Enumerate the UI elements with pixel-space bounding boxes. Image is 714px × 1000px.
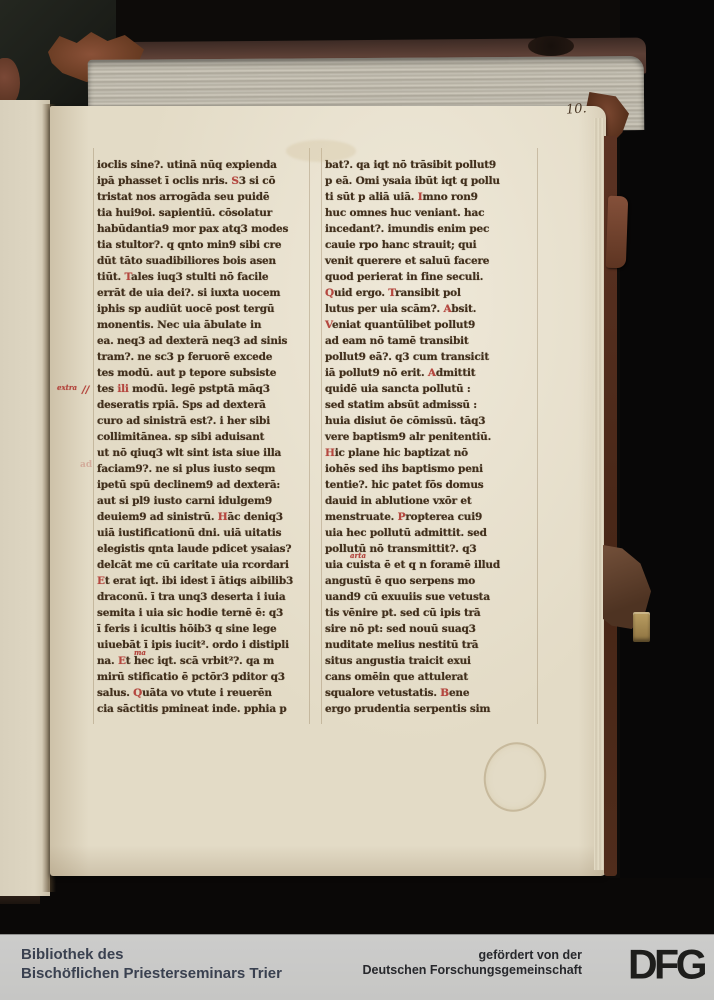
manuscript-line: elegistis qnta laude pdicet ysaias? — [97, 541, 311, 557]
library-name-line1: Bibliothek des — [21, 945, 282, 964]
manuscript-line: faciam9?. ne si plus iusto seqm — [97, 461, 311, 477]
leather-bookmark-tab-small — [606, 196, 629, 269]
manuscript-line: Hic plane hic baptizat nō — [325, 445, 539, 461]
manuscript-line: iohēs sed ihs baptismo peni — [325, 461, 539, 477]
manuscript-line: menstruate. Propterea cui9 — [325, 509, 539, 525]
manuscript-line: p eā. Omi ysaia ibūt iqt q pollu — [325, 173, 539, 189]
background-right — [620, 0, 714, 935]
manuscript-line: tis vēnire pt. sed cū ipis trā — [325, 605, 539, 621]
manuscript-line: tia stultor?. q qnto min9 sibi cre — [97, 237, 311, 253]
manuscript-line: mirū stificatio ē pctōr3 pditor q3 — [97, 669, 311, 685]
manuscript-line: ea. neq3 ad dexterā neq3 ad sinis — [97, 333, 311, 349]
library-name-line2: Bischöflichen Priesterseminars Trier — [21, 964, 282, 983]
manuscript-line: curo ad sinistrā est?. i her sibi — [97, 413, 311, 429]
digitized-manuscript-scan: ioclis sine?. utinā nūq expiendaipā phas… — [0, 0, 714, 1000]
text-column-left: ioclis sine?. utinā nūq expiendaipā phas… — [97, 157, 311, 717]
manuscript-line: na. Et hec iqt. scā vrbit²?. qa m — [97, 653, 311, 669]
manuscript-line: uia hec pollutū admittit. sed — [325, 525, 539, 541]
manuscript-line: vere baptism9 alr penitentiū. — [325, 429, 539, 445]
manuscript-line: bat?. qa iqt nō trāsibit pollut9 — [325, 157, 539, 173]
manuscript-line: aut si pl9 iusto carni idulgem9 — [97, 493, 311, 509]
manuscript-line: semita i uia sic hodie ternē ē: q3 — [97, 605, 311, 621]
manuscript-line: ī feris i icultis hōib3 q sine lege — [97, 621, 311, 637]
manuscript-line: ad eam nō tamē transibit — [325, 333, 539, 349]
manuscript-line: collimitānea. sp sibi aduisant — [97, 429, 311, 445]
manuscript-line: uiā iustificationū dni. uiā uitatis — [97, 525, 311, 541]
manuscript-line: tentie?. hic patet fōs domus — [325, 477, 539, 493]
manuscript-line: tiūt. Tales iuq3 stulti nō facile — [97, 269, 311, 285]
manuscript-line: monentis. Nec uia ābulate in — [97, 317, 311, 333]
soft-stain — [286, 140, 356, 162]
manuscript-line: pollut9 eā?. q3 cum transicit — [325, 349, 539, 365]
manuscript-line: ergo prudentia serpentis sim — [325, 701, 539, 717]
ink-bleedthrough: ad — [80, 460, 94, 486]
manuscript-line: habūdantia9 mor pax atq3 modes — [97, 221, 311, 237]
manuscript-line: tram?. ne sc3 p feruorē excede — [97, 349, 311, 365]
ruling-line — [93, 148, 94, 724]
leather-dark-blotch — [528, 36, 574, 56]
manuscript-line: ti sūt p aliā uiā. Imno ron9 — [325, 189, 539, 205]
library-attribution: Bibliothek des Bischöflichen Priestersem… — [21, 945, 282, 983]
manuscript-line: huia disiut ōe cōmissū. tāq3 — [325, 413, 539, 429]
footer-credit-bar: Bibliothek des Bischöflichen Priestersem… — [0, 934, 714, 1000]
text-column-right: bat?. qa iqt nō trāsibit pollut9p eā. Om… — [325, 157, 539, 717]
interlinear-correction-ma: ma — [134, 648, 146, 657]
manuscript-line: deseratis rpiā. Sps ad dexterā — [97, 397, 311, 413]
manuscript-line: ut nō qiuq3 wlt sint ista siue illa — [97, 445, 311, 461]
manuscript-line: deuiem9 ad sinistrū. Hāc deniq3 — [97, 509, 311, 525]
manuscript-line: tia hui9oi. sapientiū. cōsolatur — [97, 205, 311, 221]
manuscript-line: venit querere et saluū facere — [325, 253, 539, 269]
funding-credit: gefördert von der Deutschen Forschungsge… — [363, 948, 583, 978]
manuscript-line: dauid in ablutione vxōr et — [325, 493, 539, 509]
manuscript-line: huc omnes huc veniant. hac — [325, 205, 539, 221]
manuscript-line: cauie rpo hanc strauit; qui — [325, 237, 539, 253]
manuscript-line: incedant?. imundis enim pec — [325, 221, 539, 237]
manuscript-line: quod perierat in fine seculi. — [325, 269, 539, 285]
manuscript-line: sire nō pt: sed nouū suaq3 — [325, 621, 539, 637]
manuscript-line: tristat nos arrogāda seu puidē — [97, 189, 311, 205]
manuscript-line: nuditate melius nestitū trā — [325, 637, 539, 653]
folio-number: 10. — [566, 101, 588, 117]
manuscript-line: uand9 cū exuuiis sue vetusta — [325, 589, 539, 605]
manuscript-line: delcāt me cū caritate uia rcordari — [97, 557, 311, 573]
manuscript-line: draconū. ī tra unq3 deserta i iuia — [97, 589, 311, 605]
manuscript-line: cans omēin que attulerat — [325, 669, 539, 685]
manuscript-line: ioclis sine?. utinā nūq expienda — [97, 157, 311, 173]
manuscript-line: errāt de uia dei?. si iuxta uocem — [97, 285, 311, 301]
manuscript-line: sed statim absūt admissū : — [325, 397, 539, 413]
dfg-logo: DFG — [628, 941, 704, 989]
manuscript-line: ipetū spū declinem9 ad dexterā: — [97, 477, 311, 493]
manuscript-line: squalore vetustatis. Bene — [325, 685, 539, 701]
manuscript-line: tes modū. aut p tepore subsiste — [97, 365, 311, 381]
interlinear-correction-arta: arta — [350, 551, 366, 560]
manuscript-line: lutus per uia scām?. Absit. — [325, 301, 539, 317]
manuscript-line: salus. Quāta vo vtute i reuerēn — [97, 685, 311, 701]
manuscript-line: Et erat iqt. ibi idest ī ātiqs aibilib3 — [97, 573, 311, 589]
ruling-line — [321, 148, 322, 724]
manuscript-line: uiuebāt ī ipis iucit². ordo i distipli — [97, 637, 311, 653]
brass-clasp — [633, 612, 650, 642]
funding-line2: Deutschen Forschungsgemeinschaft — [363, 963, 583, 978]
manuscript-line: situs angustia traicit exui — [325, 653, 539, 669]
manuscript-line: dūt tāto suadibiliores bois asen — [97, 253, 311, 269]
manuscript-line: Quid ergo. Transibit pol — [325, 285, 539, 301]
page-edge-layers — [594, 118, 604, 870]
manuscript-line: iphis sp audiūt uocē post tergū — [97, 301, 311, 317]
manuscript-line: quidē uia sancta pollutū : — [325, 381, 539, 397]
manuscript-line: ipā phasset ī oclis nris. S3 si cō — [97, 173, 311, 189]
manuscript-line: Veniat quantūlibet pollut9 — [325, 317, 539, 333]
manuscript-line: iā pollut9 nō erit. Admittit — [325, 365, 539, 381]
margin-note-extra: extra — [57, 383, 77, 392]
manuscript-line: tes ili modū. legē pstptā māq3 — [97, 381, 311, 397]
margin-insertion-mark: // — [82, 385, 89, 396]
background-bottom — [0, 878, 714, 935]
manuscript-line: angustū ē quo serpens mo — [325, 573, 539, 589]
funding-line1: gefördert von der — [363, 948, 583, 963]
manuscript-line: cia sāctitis pmineat inde. pphia p — [97, 701, 311, 717]
